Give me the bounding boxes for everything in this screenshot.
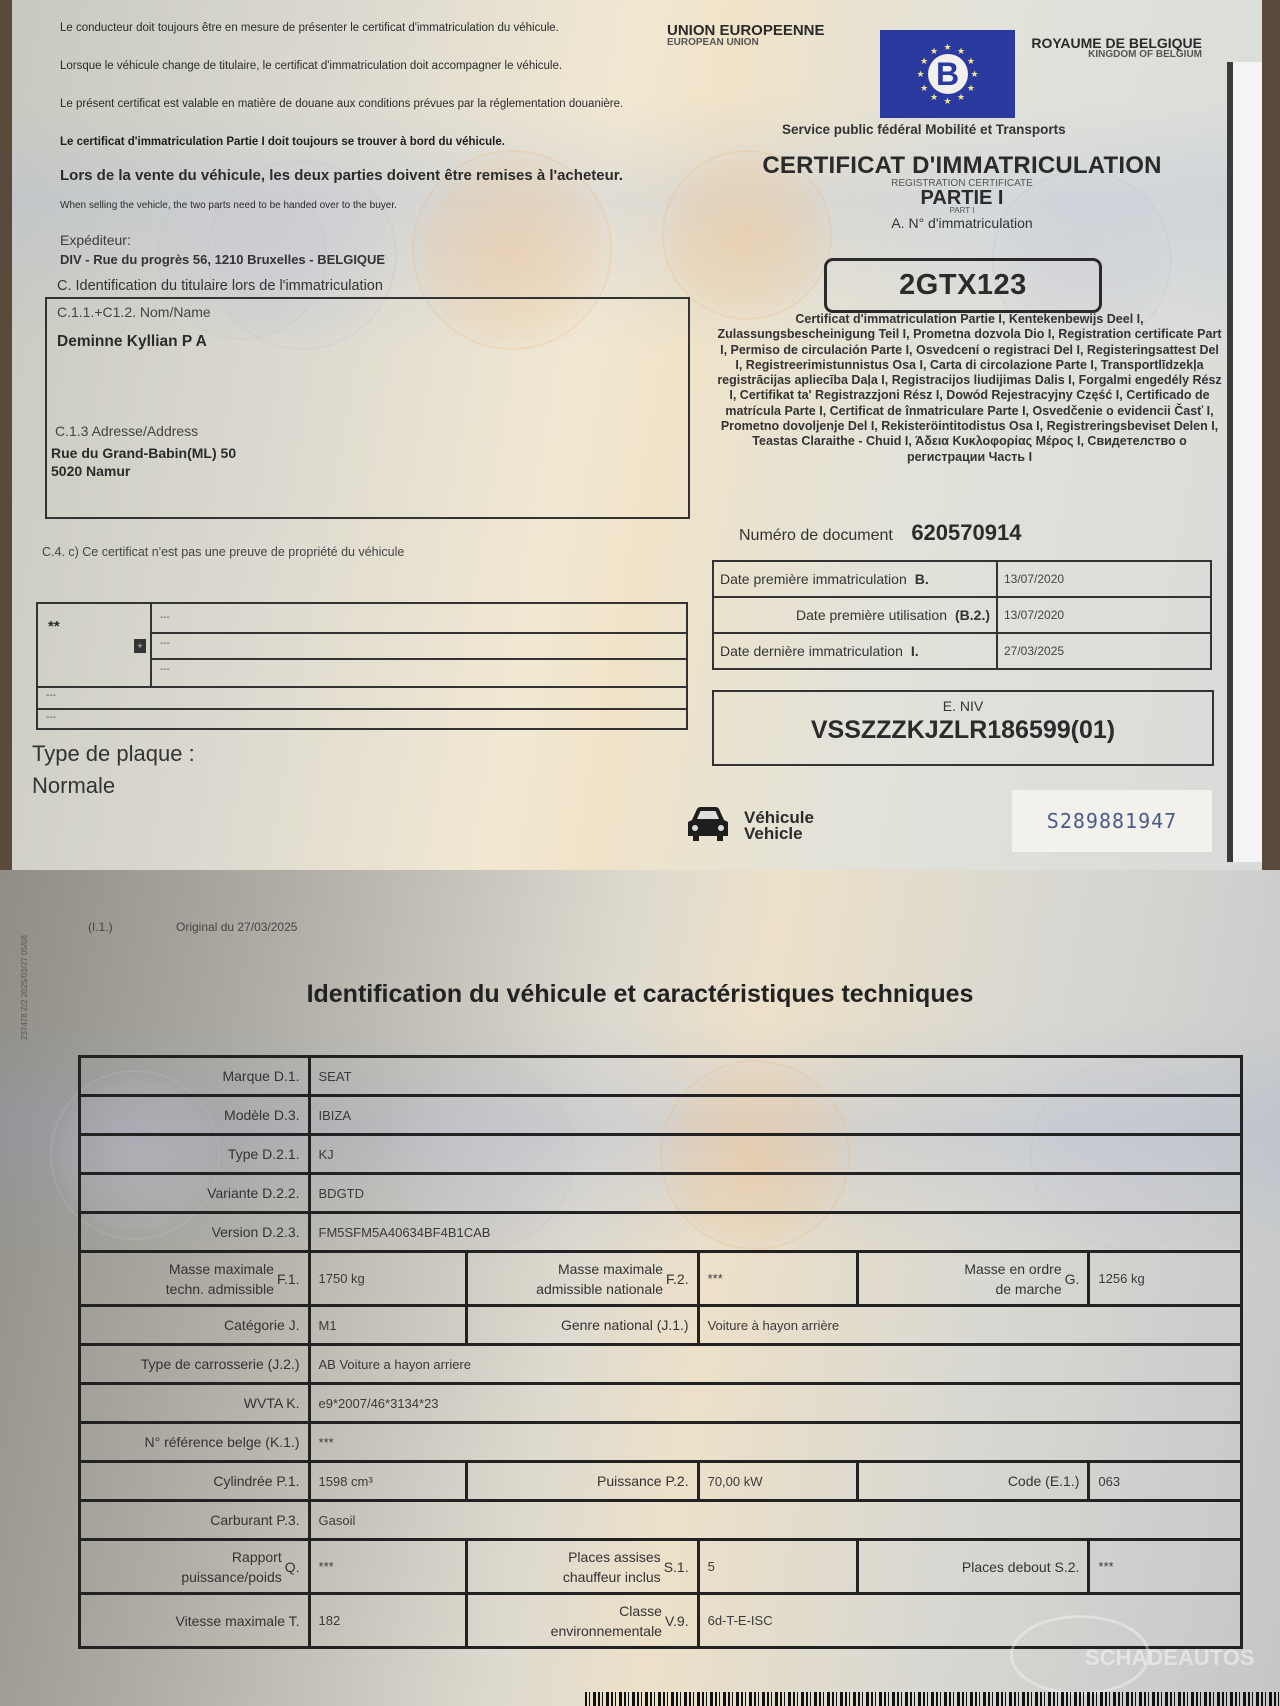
- places-assises-label: chauffeur inclus: [563, 1569, 661, 1585]
- notice-present: Le conducteur doit toujours être en mesu…: [60, 22, 640, 34]
- cylindree-label: Cylindrée P.1.: [80, 1462, 310, 1501]
- date-label: Date première utilisation: [796, 607, 947, 623]
- side-code: 237478 Z/2 2025/03/27 05/08: [20, 890, 29, 1040]
- watermark-text: SCHADEAUTOS: [1085, 1645, 1255, 1671]
- categorie-value: M1: [309, 1306, 467, 1345]
- carrosserie-value: AB Voiture a hayon arriere: [309, 1345, 1241, 1384]
- kingdom-header: ROYAUME DE BELGIQUE KINGDOM OF BELGIUM: [1031, 35, 1202, 60]
- marque-value: SEAT: [309, 1057, 1241, 1096]
- grid-dash: ---: [160, 664, 170, 675]
- table-row: Version D.2.3. FM5SFM5A40634BF4B1CAB: [80, 1213, 1242, 1252]
- classe-code: V.9.: [665, 1613, 689, 1629]
- cylindree-value: 1598 cm³: [309, 1462, 467, 1501]
- categorie-label: Catégorie J.: [80, 1306, 310, 1345]
- rapport-value: ***: [309, 1540, 467, 1594]
- part-en: PART I: [712, 206, 1212, 215]
- date-value: 13/07/2020: [997, 561, 1211, 597]
- marque-label: Marque D.1.: [80, 1057, 310, 1096]
- star-icon: ★: [930, 47, 938, 56]
- date-label: Date dernière immatriculation: [720, 643, 903, 659]
- title-fr: CERTIFICAT D'IMMATRICULATION: [712, 152, 1212, 180]
- date-row: Date première utilisation(B.2.) 13/07/20…: [713, 597, 1211, 633]
- classe-label: Classe: [619, 1603, 662, 1619]
- date-row: Date dernière immatriculationI. 27/03/20…: [713, 633, 1211, 669]
- grid-dash: ---: [46, 690, 56, 701]
- refbelge-value: ***: [309, 1423, 1241, 1462]
- refbelge-label: N° référence belge (K.1.): [80, 1423, 310, 1462]
- date-value: 27/03/2025: [997, 633, 1211, 669]
- table-row: Marque D.1. SEAT: [80, 1057, 1242, 1096]
- puissance-label: Puissance P.2.: [467, 1462, 699, 1501]
- eu-header: UNION EUROPEENNE EUROPEAN UNION: [667, 22, 825, 48]
- notice-customs: Le présent certificat est valable en mat…: [60, 98, 640, 110]
- rapport-label: Rapport: [232, 1549, 282, 1565]
- f1-code: F.1.: [277, 1271, 300, 1287]
- date-value: 13/07/2020: [997, 597, 1211, 633]
- places-assises-label: Places assises: [568, 1549, 661, 1565]
- star-icon: ★: [967, 84, 975, 93]
- original-date: Original du 27/03/2025: [176, 920, 297, 934]
- date-code: B.: [915, 571, 929, 587]
- rapport-code: Q.: [285, 1559, 300, 1575]
- grid-stars: **: [48, 618, 60, 635]
- serial-number: S289881947: [1012, 790, 1212, 852]
- table-row: Type de carrosserie (J.2.) AB Voiture a …: [80, 1345, 1242, 1384]
- genre-label: Genre national (J.1.): [467, 1306, 699, 1345]
- holder-name: Deminne Kyllian P A: [57, 333, 207, 351]
- f1-value: 1750 kg: [309, 1252, 467, 1306]
- f2-value: ***: [698, 1252, 858, 1306]
- table-row: Variante D.2.2. BDGTD: [80, 1174, 1242, 1213]
- grid-dash: ---: [160, 612, 170, 623]
- table-row: Catégorie J. M1 Genre national (J.1.) Vo…: [80, 1306, 1242, 1345]
- table-row: Carburant P.3. Gasoil: [80, 1501, 1242, 1540]
- wvta-label: WVTA K.: [80, 1384, 310, 1423]
- technical-title: Identification du véhicule et caractéris…: [0, 980, 1280, 1009]
- table-row: N° référence belge (K.1.) ***: [80, 1423, 1242, 1462]
- places-debout-value: ***: [1089, 1540, 1242, 1594]
- code-e1-label: Code (E.1.): [858, 1462, 1089, 1501]
- underlying-paper: [1227, 62, 1262, 862]
- car-icon: [684, 804, 732, 844]
- certificate-part1-page: Le conducteur doit toujours être en mesu…: [12, 0, 1262, 870]
- variante-label: Variante D.2.2.: [80, 1174, 310, 1213]
- star-icon: ★: [967, 57, 975, 66]
- technical-page: 237478 Z/2 2025/03/27 05/08 (I.1.) Origi…: [0, 870, 1280, 1706]
- plate-type-label: Type de plaque :: [32, 738, 195, 770]
- dates-table: Date première immatriculationB. 13/07/20…: [712, 560, 1212, 670]
- grid-dash: ---: [46, 712, 56, 723]
- g-label: Masse en ordre: [964, 1261, 1061, 1277]
- f2-code: F.2.: [666, 1271, 689, 1287]
- additional-info-grid: ** + --- --- --- --- ---: [36, 602, 688, 730]
- classe-value: 6d-T-E-ISC: [698, 1594, 1241, 1648]
- holder-heading: C. Identification du titulaire lors de l…: [57, 278, 383, 294]
- type-value: KJ: [309, 1135, 1241, 1174]
- type-label: Type D.2.1.: [80, 1135, 310, 1174]
- notice-sale-en: When selling the vehicle, the two parts …: [60, 200, 640, 212]
- carrosserie-label: Type de carrosserie (J.2.): [80, 1345, 310, 1384]
- multilingual-title: Certificat d'immatriculation Partie I, K…: [717, 312, 1222, 465]
- plus-square-icon: +: [134, 639, 146, 653]
- original-code: (I.1.): [88, 920, 113, 934]
- star-icon: ★: [971, 70, 979, 79]
- sender-label: Expéditeur:: [60, 232, 131, 248]
- docnum-label: Numéro de document: [739, 527, 893, 544]
- table-row: Masse maximaletechn. admissibleF.1. 1750…: [80, 1252, 1242, 1306]
- code-e1-value: 063: [1089, 1462, 1242, 1501]
- f1-label: Masse maximale: [169, 1261, 274, 1277]
- classe-label: environnementale: [551, 1623, 662, 1639]
- date-row: Date première immatriculationB. 13/07/20…: [713, 561, 1211, 597]
- star-icon: ★: [920, 57, 928, 66]
- ownership-note: C.4. c) Ce certificat n'est pas une preu…: [42, 545, 404, 559]
- name-label: C.1.1.+C1.2. Nom/Name: [57, 304, 211, 320]
- original-line: (I.1.) Original du 27/03/2025: [88, 920, 297, 934]
- address-line1: Rue du Grand-Babin(ML) 50: [51, 445, 236, 461]
- certificate-title: CERTIFICAT D'IMMATRICULATION REGISTRATIO…: [712, 152, 1212, 231]
- vin-value: VSSZZZKJZLR186599(01): [714, 716, 1212, 745]
- sender-address: DIV - Rue du progrès 56, 1210 Bruxelles …: [60, 252, 385, 267]
- modele-label: Modèle D.3.: [80, 1096, 310, 1135]
- rapport-label: puissance/poids: [181, 1569, 281, 1585]
- technical-table: Marque D.1. SEAT Modèle D.3. IBIZA Type …: [78, 1055, 1243, 1649]
- places-debout-label: Places debout S.2.: [858, 1540, 1089, 1594]
- vin-label: E. NIV: [714, 698, 1212, 714]
- notice-sale: Lors de la vente du véhicule, les deux p…: [60, 168, 640, 183]
- genre-value: Voiture à hayon arrière: [698, 1306, 1241, 1345]
- eu-belgium-flag-icon: B ★★★★★★★★★★★★: [880, 30, 1015, 118]
- service-name: Service public fédéral Mobilité et Trans…: [782, 122, 1066, 137]
- star-icon: ★: [944, 97, 952, 106]
- holder-box: C.1.1.+C1.2. Nom/Name Deminne Kyllian P …: [45, 297, 690, 519]
- carburant-value: Gasoil: [309, 1501, 1241, 1540]
- date-label: Date première immatriculation: [720, 571, 907, 587]
- table-row: Modèle D.3. IBIZA: [80, 1096, 1242, 1135]
- registration-number: 2GTX123: [824, 258, 1102, 313]
- notice-change-owner: Lorsque le véhicule change de titulaire,…: [60, 60, 640, 72]
- plate-type-value: Normale: [32, 770, 195, 802]
- f2-label: admissible nationale: [536, 1281, 663, 1297]
- vitesse-label: Vitesse maximale T.: [80, 1594, 310, 1648]
- places-assises-code: S.1.: [664, 1559, 689, 1575]
- table-row: Type D.2.1. KJ: [80, 1135, 1242, 1174]
- regnum-label: A. N° d'immatriculation: [712, 215, 1212, 231]
- variante-value: BDGTD: [309, 1174, 1241, 1213]
- f2-label: Masse maximale: [558, 1261, 663, 1277]
- star-icon: ★: [917, 70, 925, 79]
- vehicle-en: Vehicle: [744, 826, 814, 842]
- address-label: C.1.3 Adresse/Address: [55, 423, 198, 439]
- puissance-value: 70,00 kW: [698, 1462, 858, 1501]
- plate-type: Type de plaque : Normale: [32, 738, 195, 802]
- g-code: G.: [1065, 1271, 1080, 1287]
- version-label: Version D.2.3.: [80, 1213, 310, 1252]
- table-row: Rapportpuissance/poidsQ. *** Places assi…: [80, 1540, 1242, 1594]
- wvta-value: e9*2007/46*3134*23: [309, 1384, 1241, 1423]
- modele-value: IBIZA: [309, 1096, 1241, 1135]
- address-line2: 5020 Namur: [51, 463, 130, 479]
- star-icon: ★: [957, 47, 965, 56]
- table-row: Cylindrée P.1. 1598 cm³ Puissance P.2. 7…: [80, 1462, 1242, 1501]
- date-code: I.: [911, 643, 919, 659]
- star-icon: ★: [930, 93, 938, 102]
- f1-label: techn. admissible: [166, 1281, 274, 1297]
- barcode: [585, 1692, 1280, 1706]
- star-icon: ★: [957, 93, 965, 102]
- version-value: FM5SFM5A40634BF4B1CAB: [309, 1213, 1241, 1252]
- g-value: 1256 kg: [1089, 1252, 1242, 1306]
- vin-box: E. NIV VSSZZZKJZLR186599(01): [712, 690, 1214, 766]
- vitesse-value: 182: [309, 1594, 467, 1648]
- carburant-label: Carburant P.3.: [80, 1501, 310, 1540]
- places-assises-value: 5: [698, 1540, 858, 1594]
- vehicle-label: Véhicule Vehicle: [744, 810, 814, 842]
- notice-on-board: Le certificat d'immatriculation Partie I…: [60, 136, 640, 148]
- star-icon: ★: [944, 43, 952, 52]
- docnum-value: 620570914: [911, 520, 1021, 545]
- grid-dash: ---: [160, 638, 170, 649]
- table-row: WVTA K. e9*2007/46*3134*23: [80, 1384, 1242, 1423]
- date-code: (B.2.): [955, 607, 990, 623]
- country-letter: B: [928, 54, 968, 94]
- star-icon: ★: [920, 84, 928, 93]
- g-label: de marche: [995, 1281, 1061, 1297]
- document-number: Numéro de document 620570914: [739, 520, 1021, 546]
